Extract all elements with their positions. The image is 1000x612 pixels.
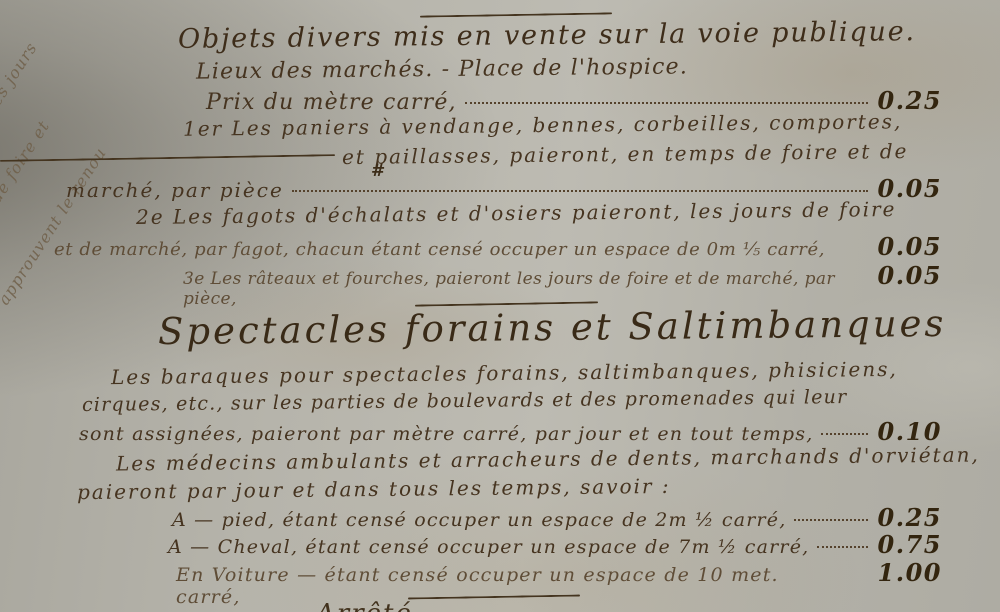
item2-line2: et de marché, par fagot, chacun étant ce… <box>54 232 942 261</box>
tarif-a-cheval: A — Cheval, étant censé occuper un espac… <box>168 530 942 559</box>
section-title-spectacles: Spectacles forains et Saltimbanques <box>158 302 947 353</box>
dotted-leader <box>292 190 868 192</box>
continuation-dash <box>0 154 335 162</box>
margin-note: des jours <box>0 39 41 119</box>
tariff-price: 0.05 <box>878 232 942 261</box>
section-title-objets: Objets divers mis en vente sur la voie p… <box>178 16 916 55</box>
line-lieux-marches: Lieux des marchés. - Place de l'hospice. <box>196 54 688 84</box>
item1-line2: et paillasses, paieront, en temps de foi… <box>342 139 909 169</box>
tarif-a-pied: A — pied, étant censé occuper un espace … <box>172 503 942 532</box>
tariff-price: 0.05 <box>878 261 942 290</box>
spectacles-para2-line1: Les médecins ambulants et arracheurs de … <box>116 442 980 475</box>
tariff-text: Prix du mètre carré, <box>206 90 457 115</box>
manuscript-page: approuvent le renou de foire et des jour… <box>0 0 1000 612</box>
tariff-text: A — Cheval, étant censé occuper un espac… <box>168 536 809 558</box>
dotted-leader <box>465 102 868 104</box>
spectacles-para1-line3: sont assignées, paieront par mètre carré… <box>79 417 942 446</box>
tariff-text: et de marché, par fagot, chacun étant ce… <box>54 239 825 260</box>
tariff-text: marché, par pièce <box>66 178 284 202</box>
spectacles-para1-line1: Les baraques pour spectacles forains, sa… <box>111 357 898 389</box>
dotted-leader <box>794 519 867 521</box>
tariff-price: 0.75 <box>878 530 942 559</box>
dotted-leader <box>821 433 867 435</box>
spectacles-para1-line2: cirques, etc., sur les parties de boulev… <box>82 386 848 416</box>
spectacles-para2-line2: paieront par jour et dans tous les temps… <box>77 474 671 504</box>
tariff-price: 1.00 <box>878 558 942 587</box>
tariff-text: A — pied, étant censé occuper un espace … <box>172 509 786 531</box>
tariff-text: sont assignées, paieront par mètre carré… <box>79 423 813 445</box>
tariff-price: 0.10 <box>878 417 942 446</box>
clipped-next-title: Arrêté <box>316 599 516 612</box>
section-divider-rule <box>420 12 612 17</box>
tariff-price: 0.25 <box>878 503 942 532</box>
tarif-en-voiture: En Voiture — étant censé occuper un espa… <box>176 558 942 608</box>
dotted-leader <box>817 546 867 548</box>
